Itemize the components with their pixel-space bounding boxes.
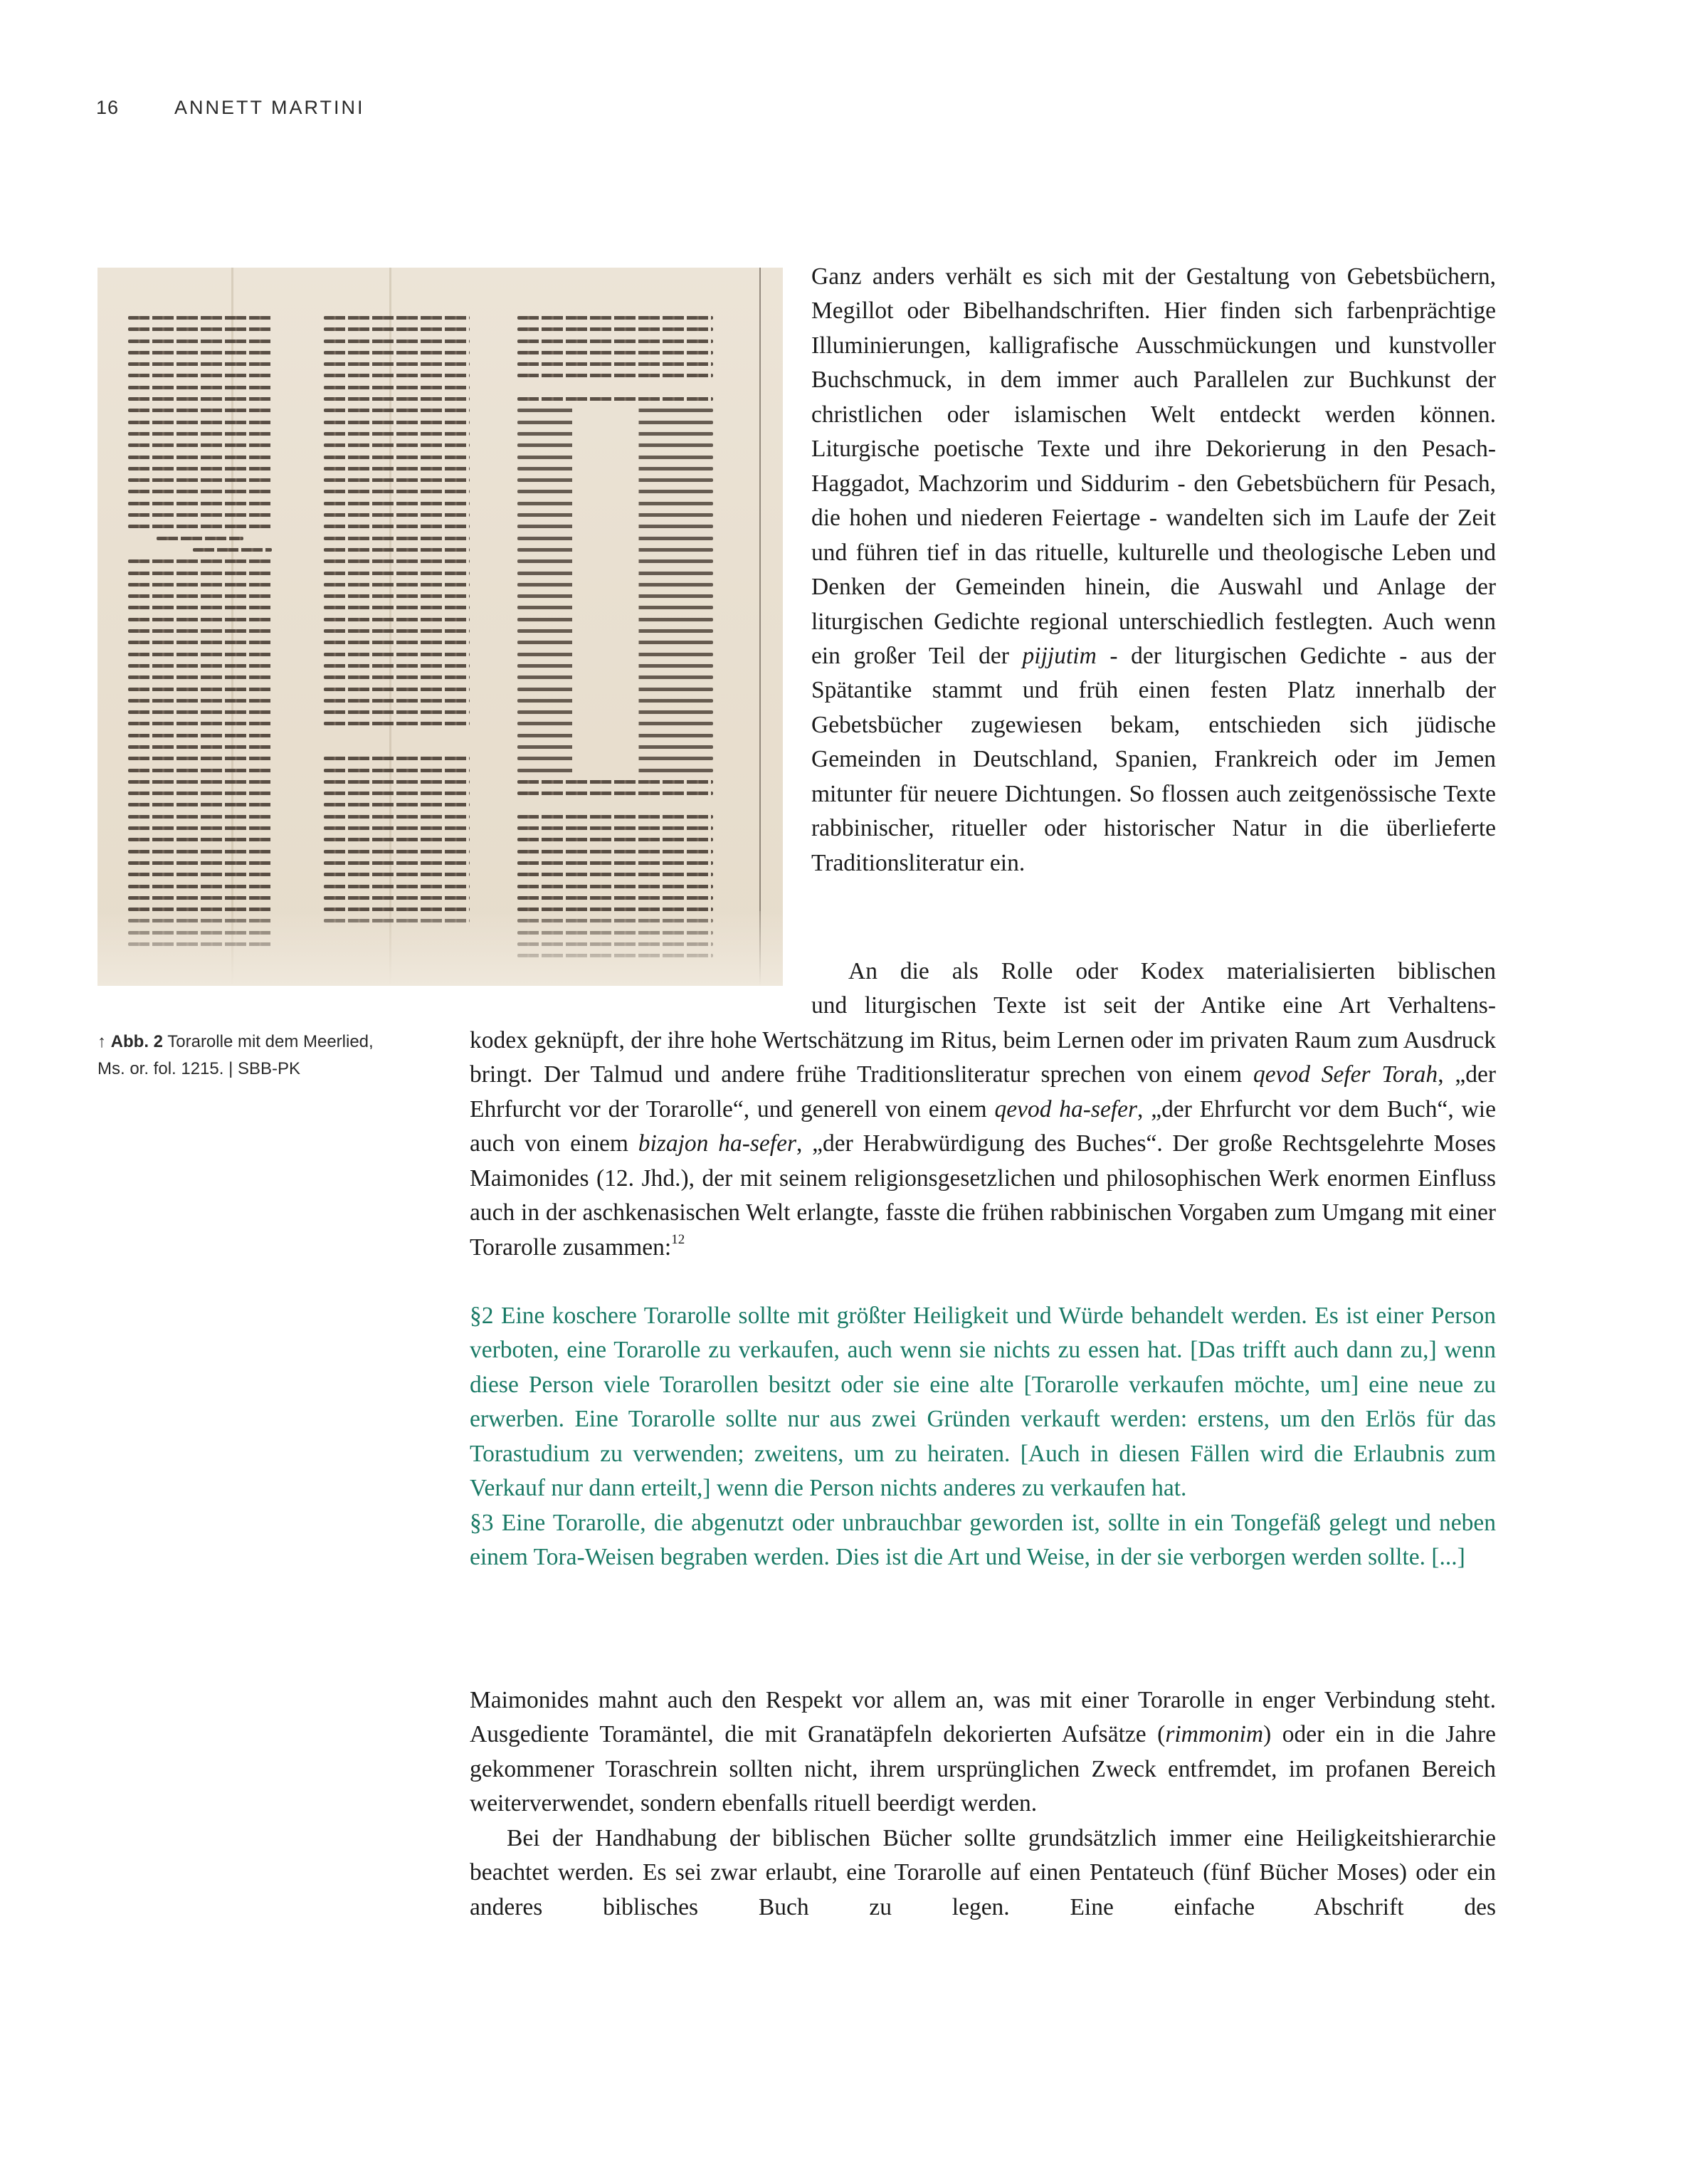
scroll-column-right [517,316,713,966]
figure-caption: ↑ Abb. 2 Torarolle mit dem Meerlied, Ms.… [97,1029,453,1083]
quote-section-3: §3 Eine Torarolle, die abgenutzt oder un… [470,1506,1496,1575]
body-paragraph-4: Bei der Handhabung der biblischen Bücher… [470,1821,1496,1925]
term-italic: qevod ha-sefer [994,1096,1137,1122]
paragraph-text: Ganz anders verhält es sich mit der Gest… [811,263,1496,669]
body-paragraph-2: kodex geknüpft, der ihre hohe Wertschätz… [470,1024,1496,1265]
parchment-edge [759,268,761,986]
page-number: 16 [96,97,119,119]
running-head-author: ANNETT MARTINI [174,97,365,119]
paragraph-text: - der liturgischen Gedichte - aus der Sp… [811,643,1496,876]
paragraph-text: An die als Rolle oder Kodex materialisie… [811,955,1496,989]
body-paragraph-3: Maimonides mahnt auch den Respekt vor al… [470,1683,1496,1925]
quote-section-2: §2 Eine koschere Torarolle sollte mit gr… [470,1299,1496,1506]
term-italic: pijjutim [1023,643,1097,669]
maimonides-quote: §2 Eine koschere Torarolle sollte mit gr… [470,1299,1496,1575]
term-italic: rimmonim [1165,1721,1263,1747]
body-paragraph-1: Ganz anders verhält es sich mit der Gest… [811,260,1496,880]
footnote-ref[interactable]: 12 [671,1232,685,1247]
arrow-up-icon: ↑ [97,1032,106,1051]
torah-scroll-image [97,268,783,986]
term-italic: qevod Sefer Torah [1253,1061,1438,1088]
parchment-lower-margin [97,911,783,986]
scroll-column-left [128,316,272,954]
term-italic: bizajon ha-sefer [638,1130,796,1157]
figure-label: Abb. 2 [111,1032,163,1051]
caption-line-2: Ms. or. fol. 1215. | SBB-PK [97,1059,300,1078]
paragraph-text: und liturgischen Texte ist seit der Anti… [811,989,1496,1023]
caption-line-1: Torarolle mit dem Meerlied, [163,1032,374,1051]
body-paragraph-2-lead: An die als Rolle oder Kodex materialisie… [811,955,1496,1024]
scroll-column-middle [324,316,470,931]
